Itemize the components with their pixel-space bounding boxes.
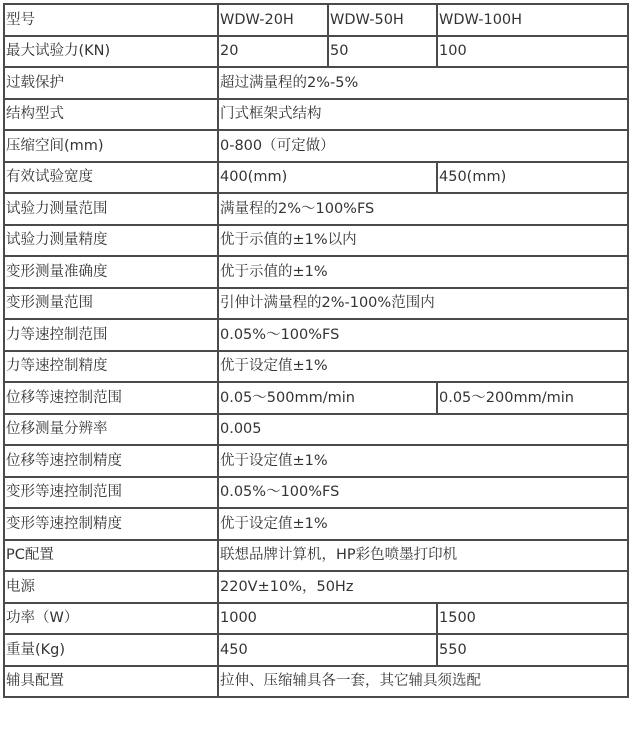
row-label: 位移等速控制精度 [4,445,218,477]
row-label: 位移测量分辨率 [4,414,218,446]
table-row: 过载保护超过满量程的2%-5% [4,67,628,99]
row-label: 电源 [4,571,218,603]
table-row: 变形测量准确度优于示值的±1% [4,256,628,288]
row-label: 结构型式 [4,99,218,131]
table-row: 变形等速控制范围0.05%～100%FS [4,477,628,509]
row-value: 联想品牌计算机，HP彩色喷墨打印机 [218,540,628,572]
table-row: 力等速控制范围0.05%～100%FS [4,319,628,351]
table-row: 有效试验宽度400(mm)450(mm) [4,162,628,194]
row-value: 拉伸、压缩辅具各一套，其它辅具须选配 [218,666,628,698]
row-value: 0-800（可定做） [218,130,628,162]
row-value: 220V±10%，50Hz [218,571,628,603]
row-label: 力等速控制范围 [4,319,218,351]
row-label: 有效试验宽度 [4,162,218,194]
row-value: 满量程的2%～100%FS [218,193,628,225]
row-value: 超过满量程的2%-5% [218,67,628,99]
row-label: 试验力测量范围 [4,193,218,225]
spec-table: 型号WDW-20HWDW-50HWDW-100H最大试验力(KN)2050100… [3,3,629,698]
table-row: 位移等速控制范围0.05～500mm/min0.05～200mm/min [4,382,628,414]
row-value: 50 [328,36,437,68]
table-row: 电源220V±10%，50Hz [4,571,628,603]
row-value: WDW-100H [437,4,628,36]
row-label: 功率（W） [4,603,218,635]
row-label: 力等速控制精度 [4,351,218,383]
row-value: 0.005 [218,414,628,446]
row-value: 0.05%～100%FS [218,477,628,509]
row-label: 变形测量范围 [4,288,218,320]
row-label: 位移等速控制范围 [4,382,218,414]
table-row: 力等速控制精度优于设定值±1% [4,351,628,383]
table-row: 辅具配置拉伸、压缩辅具各一套，其它辅具须选配 [4,666,628,698]
row-value: 400(mm) [218,162,437,194]
table-row: PC配置联想品牌计算机，HP彩色喷墨打印机 [4,540,628,572]
row-value: 优于设定值±1% [218,445,628,477]
table-row: 型号WDW-20HWDW-50HWDW-100H [4,4,628,36]
table-row: 位移等速控制精度优于设定值±1% [4,445,628,477]
row-value: 引伸计满量程的2%-100%范围内 [218,288,628,320]
row-value: 450 [218,634,437,666]
table-row: 位移测量分辨率0.005 [4,414,628,446]
table-row: 变形测量范围引伸计满量程的2%-100%范围内 [4,288,628,320]
spec-table-body: 型号WDW-20HWDW-50HWDW-100H最大试验力(KN)2050100… [4,4,628,697]
table-row: 重量(Kg)450550 [4,634,628,666]
row-value: 0.05～200mm/min [437,382,628,414]
table-row: 功率（W）10001500 [4,603,628,635]
row-value: 0.05～500mm/min [218,382,437,414]
row-value: 门式框架式结构 [218,99,628,131]
row-label: 压缩空间(mm) [4,130,218,162]
row-label: 试验力测量精度 [4,225,218,257]
row-value: 100 [437,36,628,68]
row-label: 变形等速控制精度 [4,508,218,540]
table-row: 变形等速控制精度优于设定值±1% [4,508,628,540]
row-value: 550 [437,634,628,666]
row-value: WDW-20H [218,4,328,36]
row-value: 优于设定值±1% [218,351,628,383]
table-row: 结构型式门式框架式结构 [4,99,628,131]
row-label: 变形等速控制范围 [4,477,218,509]
row-value: 1000 [218,603,437,635]
table-row: 试验力测量精度优于示值的±1%以内 [4,225,628,257]
row-value: 20 [218,36,328,68]
row-value: 450(mm) [437,162,628,194]
row-value: 优于示值的±1% [218,256,628,288]
table-row: 最大试验力(KN)2050100 [4,36,628,68]
row-label: 型号 [4,4,218,36]
row-value: 0.05%～100%FS [218,319,628,351]
row-label: PC配置 [4,540,218,572]
row-label: 最大试验力(KN) [4,36,218,68]
table-row: 压缩空间(mm)0-800（可定做） [4,130,628,162]
row-label: 辅具配置 [4,666,218,698]
row-label: 变形测量准确度 [4,256,218,288]
row-value: 优于示值的±1%以内 [218,225,628,257]
row-value: 优于设定值±1% [218,508,628,540]
row-value: 1500 [437,603,628,635]
row-value: WDW-50H [328,4,437,36]
row-label: 重量(Kg) [4,634,218,666]
table-row: 试验力测量范围满量程的2%～100%FS [4,193,628,225]
row-label: 过载保护 [4,67,218,99]
